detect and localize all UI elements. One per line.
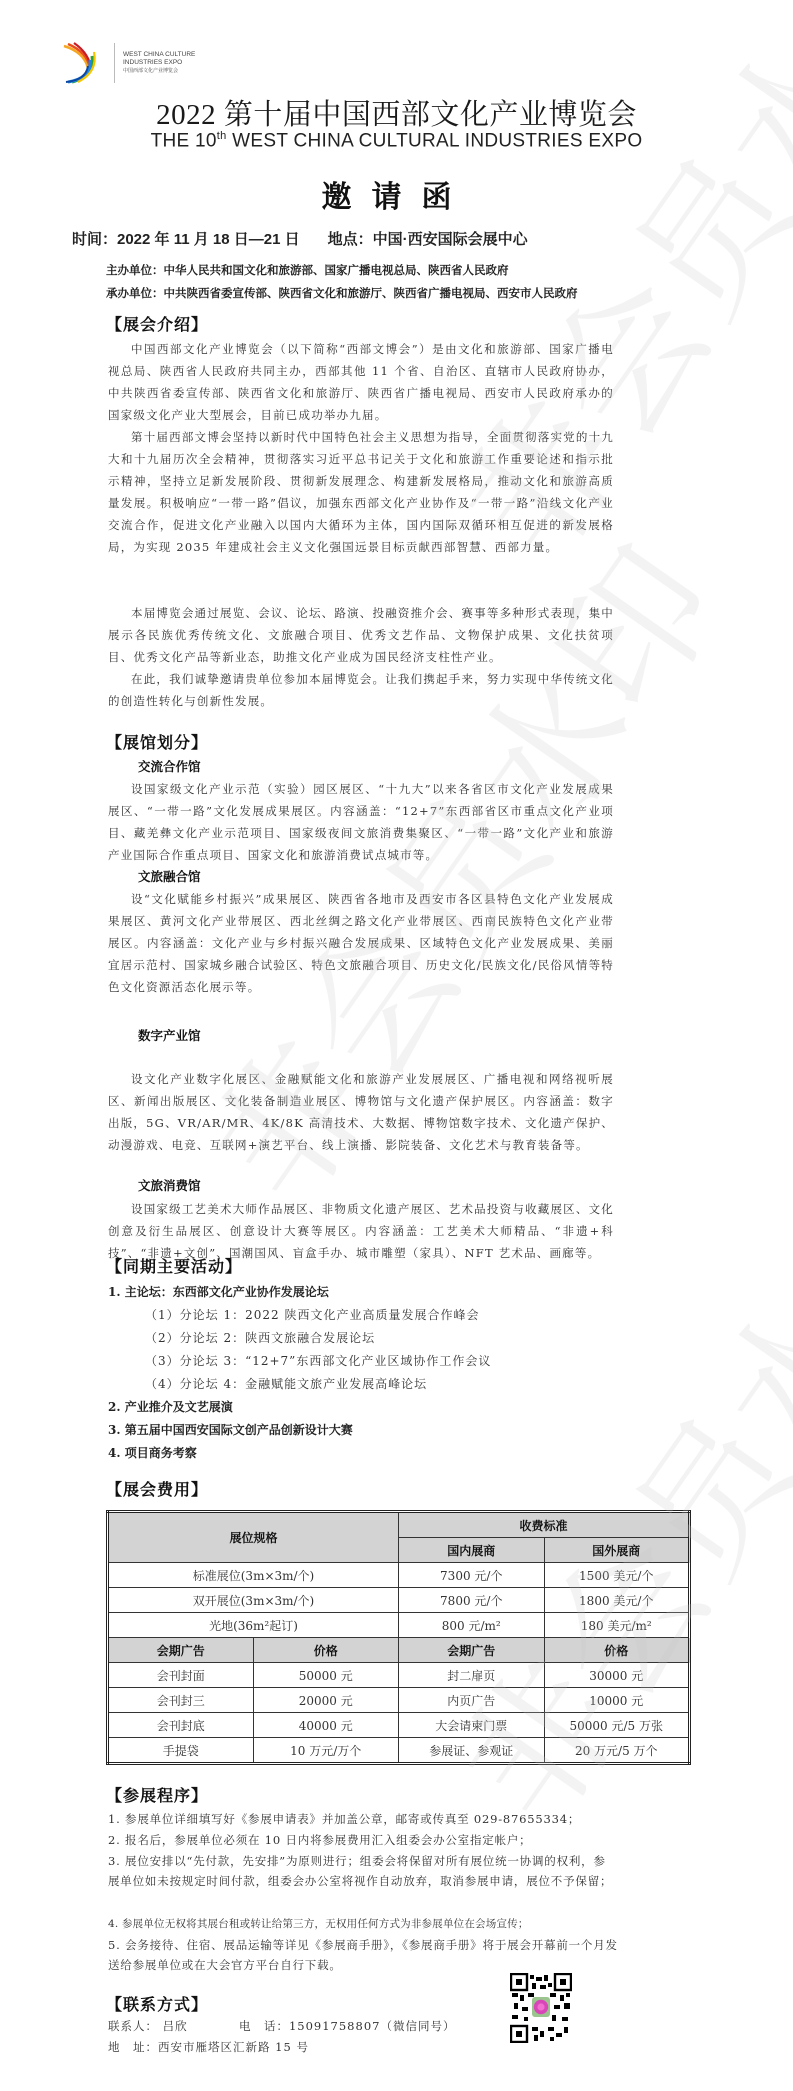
intro-paragraph-1: 中国西部文化产业博览会（以下简称“西部文博会”）是由文化和旅游部、国家广播电视总… [108,338,614,426]
logo-line2: INDUSTRIES EXPO [123,59,195,67]
table-row: 光地(36m²起订) 800 元/m² 180 美元/m² [108,1613,690,1638]
logo-divider [114,43,115,83]
ad-price: 50000 元 [253,1663,399,1688]
domestic-header: 国内展商 [399,1538,545,1563]
table-row: 手提袋 10 万元/万个 参展证、参观证 20 万元/5 万个 [108,1738,690,1764]
section-heading-activities: 【同期主要活动】 [106,1254,242,1277]
section-heading-contact: 【联系方式】 [106,1992,208,2015]
contact-address-label: 地 址： [108,2040,158,2054]
activity-main-forum: 1. 主论坛：东西部文化产业协作发展论坛 [108,1283,329,1300]
page-title-en: THE 10th WEST CHINA CULTURAL INDUSTRIES … [0,130,793,152]
ad-item: 参展证、参观证 [399,1738,545,1764]
domestic-price: 7300 元/个 [399,1563,545,1588]
ad-item: 封二扉页 [399,1663,545,1688]
ad-price: 10000 元 [544,1688,690,1713]
activity-sub-forum-2: （2）分论坛 2：陕西文旅融合发展论坛 [145,1329,375,1346]
hall-name-exchange: 交流合作馆 [138,757,201,775]
ad-item: 手提袋 [108,1738,254,1764]
intro-paragraph-3: 本届博览会通过展览、会议、论坛、路演、投融资推介会、赛事等多种形式表现，集中展示… [108,602,614,668]
contact-phone[interactable]: 15091758807（微信同号） [289,2019,455,2033]
procedure-item-4: 4. 参展单位无权将其展台租或转让给第三方，无权用任何方式为非参展单位在会场宣传… [108,1914,618,1934]
event-time: 时间：2022 年 11 月 18 日—21 日 [72,231,300,248]
intro-paragraph-4: 在此，我们诚挚邀请贵单位参加本届博览会。让我们携起手来，努力实现中华传统文化的创… [108,668,614,712]
booth-spec: 光地(36m²起订) [108,1613,399,1638]
ad-header: 会期广告 [108,1638,254,1663]
fees-table: 展位规格 收费标准 国内展商 国外展商 标准展位(3m×3m/个) 7300 元… [106,1510,691,1765]
ad-price: 20000 元 [253,1688,399,1713]
ad-header: 会期广告 [399,1638,545,1663]
logo-line1: WEST CHINA CULTURE [123,51,195,59]
procedure-item-1: 1. 参展单位详细填写好《参展申请表》并加盖公章，邮寄或传真至 029-8765… [108,1809,618,1829]
price-header: 价格 [544,1638,690,1663]
foreign-header: 国外展商 [544,1538,690,1563]
title-en-sup: th [217,130,227,142]
hall-name-consumption: 文旅消费馆 [138,1176,201,1194]
invitation-title: 邀请函 [0,172,793,216]
booth-spec-header: 展位规格 [108,1512,399,1563]
activity-3: 3. 第五届中国西安国际文创产品创新设计大赛 [108,1421,353,1438]
ad-price: 40000 元 [253,1713,399,1738]
procedure-item-2: 2. 报名后，参展单位必须在 10 日内将参展费用汇入组委会办公室指定帐户； [108,1830,618,1850]
ads-header-row: 会期广告 价格 会期广告 价格 [108,1638,690,1663]
contact-address: 西安市雁塔区汇新路 15 号 [158,2040,309,2054]
hall-name-tourism: 文旅融合馆 [138,867,201,885]
title-en-prefix: THE 10 [151,130,217,151]
invitation-page: WEST CHINA CULTURE INDUSTRIES EXPO 中国西部文… [0,0,793,2091]
activity-4: 4. 项目商务考察 [108,1444,197,1461]
organizer-units: 承办单位：中共陕西省委宣传部、陕西省文化和旅游厅、陕西省广播电视局、西安市人民政… [106,285,578,301]
foreign-price: 1500 美元/个 [544,1563,690,1588]
section-heading-procedure: 【参展程序】 [106,1783,208,1806]
table-row: 会刊封三 20000 元 内页广告 10000 元 [108,1688,690,1713]
logo-line3: 中国西部文化产业博览会 [123,67,195,75]
ad-price: 20 万元/5 万个 [544,1738,690,1764]
title-en-suffix: WEST CHINA CULTURAL INDUSTRIES EXPO [227,130,643,151]
fee-standard-header: 收费标准 [399,1512,690,1538]
contact-phone-label: 电 话： [239,2019,289,2033]
fees-header-row-1: 展位规格 收费标准 [108,1512,690,1538]
section-heading-fees: 【展会费用】 [106,1477,208,1500]
activity-sub-forum-4: （4）分论坛 4：金融赋能文旅产业发展高峰论坛 [145,1375,427,1392]
contact-person-label: 联系人： [108,2019,158,2033]
section-heading-intro: 【展会介绍】 [106,312,208,335]
ad-item: 会刊封底 [108,1713,254,1738]
table-row: 会刊封底 40000 元 大会请柬门票 50000 元/5 万张 [108,1713,690,1738]
section-heading-halls: 【展馆划分】 [106,730,208,753]
contact-address-line: 地 址：西安市雁塔区汇新路 15 号 [108,2039,309,2055]
hall-name-digital: 数字产业馆 [138,1026,201,1044]
foreign-price: 1800 美元/个 [544,1588,690,1613]
procedure-item-5: 5. 会务接待、住宿、展品运输等详见《参展商手册》，《参展商手册》将于展会开幕前… [108,1935,618,1975]
domestic-price: 7800 元/个 [399,1588,545,1613]
expo-logo: WEST CHINA CULTURE INDUSTRIES EXPO 中国西部文… [62,42,195,84]
table-row: 双开展位(3m×3m/个) 7800 元/个 1800 美元/个 [108,1588,690,1613]
booth-spec: 标准展位(3m×3m/个) [108,1563,399,1588]
hall-desc-digital: 设文化产业数字化展区、金融赋能文化和旅游产业发展展区、广播电视和网络视听展区、新… [108,1068,614,1156]
hall-desc-exchange: 设国家级文化产业示范（实验）园区展区、“十九大”以来各省区市文化产业发展成果展区… [108,778,614,866]
contact-person: 吕欣 [163,2019,188,2033]
ad-item: 大会请柬门票 [399,1713,545,1738]
wechat-qr-code[interactable] [510,1973,572,2043]
page-title-cn: 2022 第十届中国西部文化产业博览会 [0,92,793,133]
ad-item: 内页广告 [399,1688,545,1713]
hall-desc-tourism: 设“文化赋能乡村振兴”成果展区、陕西省各地市及西安市各区县特色文化产业发展成果展… [108,888,614,998]
table-row: 会刊封面 50000 元 封二扉页 30000 元 [108,1663,690,1688]
price-header: 价格 [253,1638,399,1663]
ad-price: 10 万元/万个 [253,1738,399,1764]
ad-price: 30000 元 [544,1663,690,1688]
foreign-price: 180 美元/m² [544,1613,690,1638]
procedure-item-3: 3. 展位安排以“先付款，先安排”为原则进行；组委会将保留对所有展位统一协调的权… [108,1851,618,1891]
booth-spec: 双开展位(3m×3m/个) [108,1588,399,1613]
expo-logo-icon [62,42,108,84]
table-row: 标准展位(3m×3m/个) 7300 元/个 1500 美元/个 [108,1563,690,1588]
intro-paragraph-2: 第十届西部文博会坚持以新时代中国特色社会主义思想为指导，全面贯彻落实党的十九大和… [108,426,614,558]
activity-sub-forum-3: （3）分论坛 3：“12+7”东西部文化产业区域协作工作会议 [145,1352,491,1369]
ad-item: 会刊封三 [108,1688,254,1713]
activity-sub-forum-1: （1）分论坛 1：2022 陕西文化产业高质量发展合作峰会 [145,1306,479,1323]
date-venue-bar: 时间：2022 年 11 月 18 日—21 日地点：中国·西安国际会展中心 [72,228,528,249]
ad-price: 50000 元/5 万张 [544,1713,690,1738]
domestic-price: 800 元/m² [399,1613,545,1638]
host-units: 主办单位：中华人民共和国文化和旅游部、国家广播电视总局、陕西省人民政府 [106,262,509,278]
activity-2: 2. 产业推介及文艺展演 [108,1398,233,1415]
ad-item: 会刊封面 [108,1663,254,1688]
event-venue: 地点：中国·西安国际会展中心 [328,231,528,248]
contact-person-line: 联系人： 吕欣 电 话：15091758807（微信同号） [108,2018,455,2034]
logo-text: WEST CHINA CULTURE INDUSTRIES EXPO 中国西部文… [123,51,195,75]
